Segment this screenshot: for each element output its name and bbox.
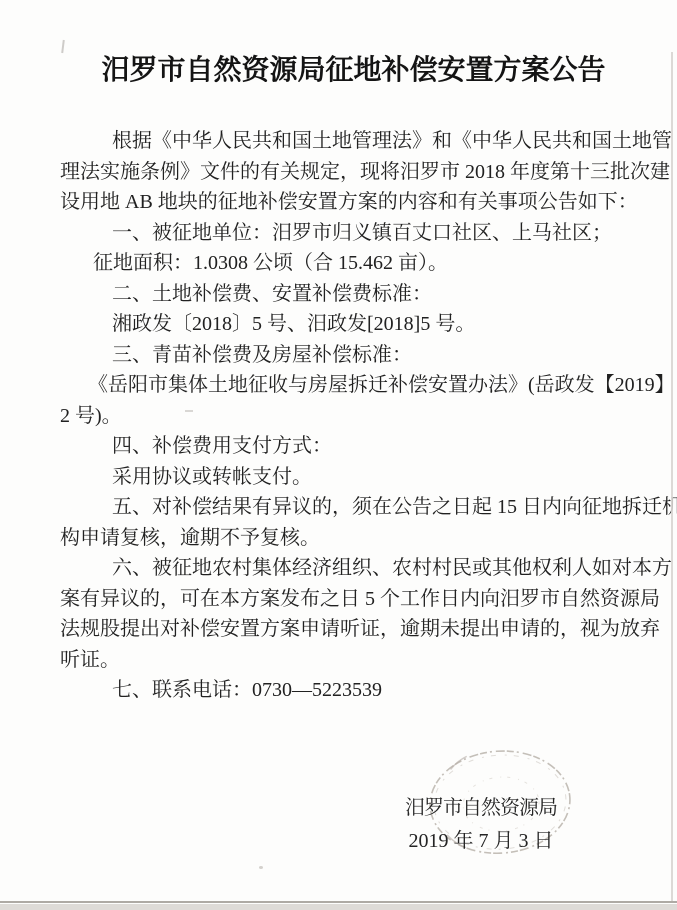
document-line: 湘政发〔2018〕5 号、汨政发[2018]5 号。 (60, 309, 664, 340)
document-line: 三、青苗补偿费及房屋补偿标准： (60, 340, 664, 371)
document-line: 理法实施条例》文件的有关规定，现将汨罗市 2018 年度第十三批次建 (60, 157, 664, 188)
document-body: 根据《中华人民共和国土地管理法》和《中华人民共和国土地管 理法实施条例》文件的有… (60, 126, 664, 706)
scan-speck (259, 866, 263, 869)
document-line: 设用地 AB 地块的征地补偿安置方案的内容和有关事项公告如下： (60, 187, 664, 218)
document-line: 二、土地补偿费、安置补偿费标准： (60, 279, 664, 310)
document-line: 构申请复核，逾期不予复核。 (60, 523, 664, 554)
document-line: 四、补偿费用支付方式： (60, 431, 664, 462)
document-line: 七、联系电话：0730—5223539 (60, 675, 664, 706)
scan-edge-line-right (671, 52, 673, 902)
signature-issuer: 汨罗市自然资源局 (400, 791, 562, 820)
document-line: 法规股提出对补偿安置方案申请听证，逾期未提出申请的，视为放弃 (60, 614, 664, 645)
document-line: 征地面积：1.0308 公顷（合 15.462 亩）。 (60, 248, 664, 279)
document-title: 汨罗市自然资源局征地补偿安置方案公告 (0, 48, 677, 88)
scan-edge-line-bottom (0, 901, 677, 903)
document-line: 五、对补偿结果有异议的，须在公告之日起 15 日内向征地拆迁机 (60, 492, 664, 523)
document-line: 案有异议的，可在本方案发布之日 5 个工作日内向汨罗市自然资源局 (60, 584, 664, 615)
scan-edge-band-bottom (0, 904, 677, 910)
signature-date: 2019 年 7 月 3 日 (400, 824, 562, 853)
scan-speck (185, 410, 193, 412)
document-line: 根据《中华人民共和国土地管理法》和《中华人民共和国土地管 (60, 126, 664, 157)
document-line: 六、被征地农村集体经济组织、农村村民或其他权利人如对本方 (60, 553, 664, 584)
document-line: 2 号)。 (60, 401, 664, 432)
document-line: 《岳阳市集体土地征收与房屋拆迁补偿安置办法》(岳政发【2019】 (60, 370, 664, 401)
scanned-document-page: 汨罗市自然资源局征地补偿安置方案公告 根据《中华人民共和国土地管理法》和《中华人… (0, 0, 677, 910)
document-line: 采用协议或转帐支付。 (60, 462, 664, 493)
document-line: 一、被征地单位：汨罗市归义镇百丈口社区、上马社区； (60, 218, 664, 249)
document-line: 听证。 (60, 645, 664, 676)
